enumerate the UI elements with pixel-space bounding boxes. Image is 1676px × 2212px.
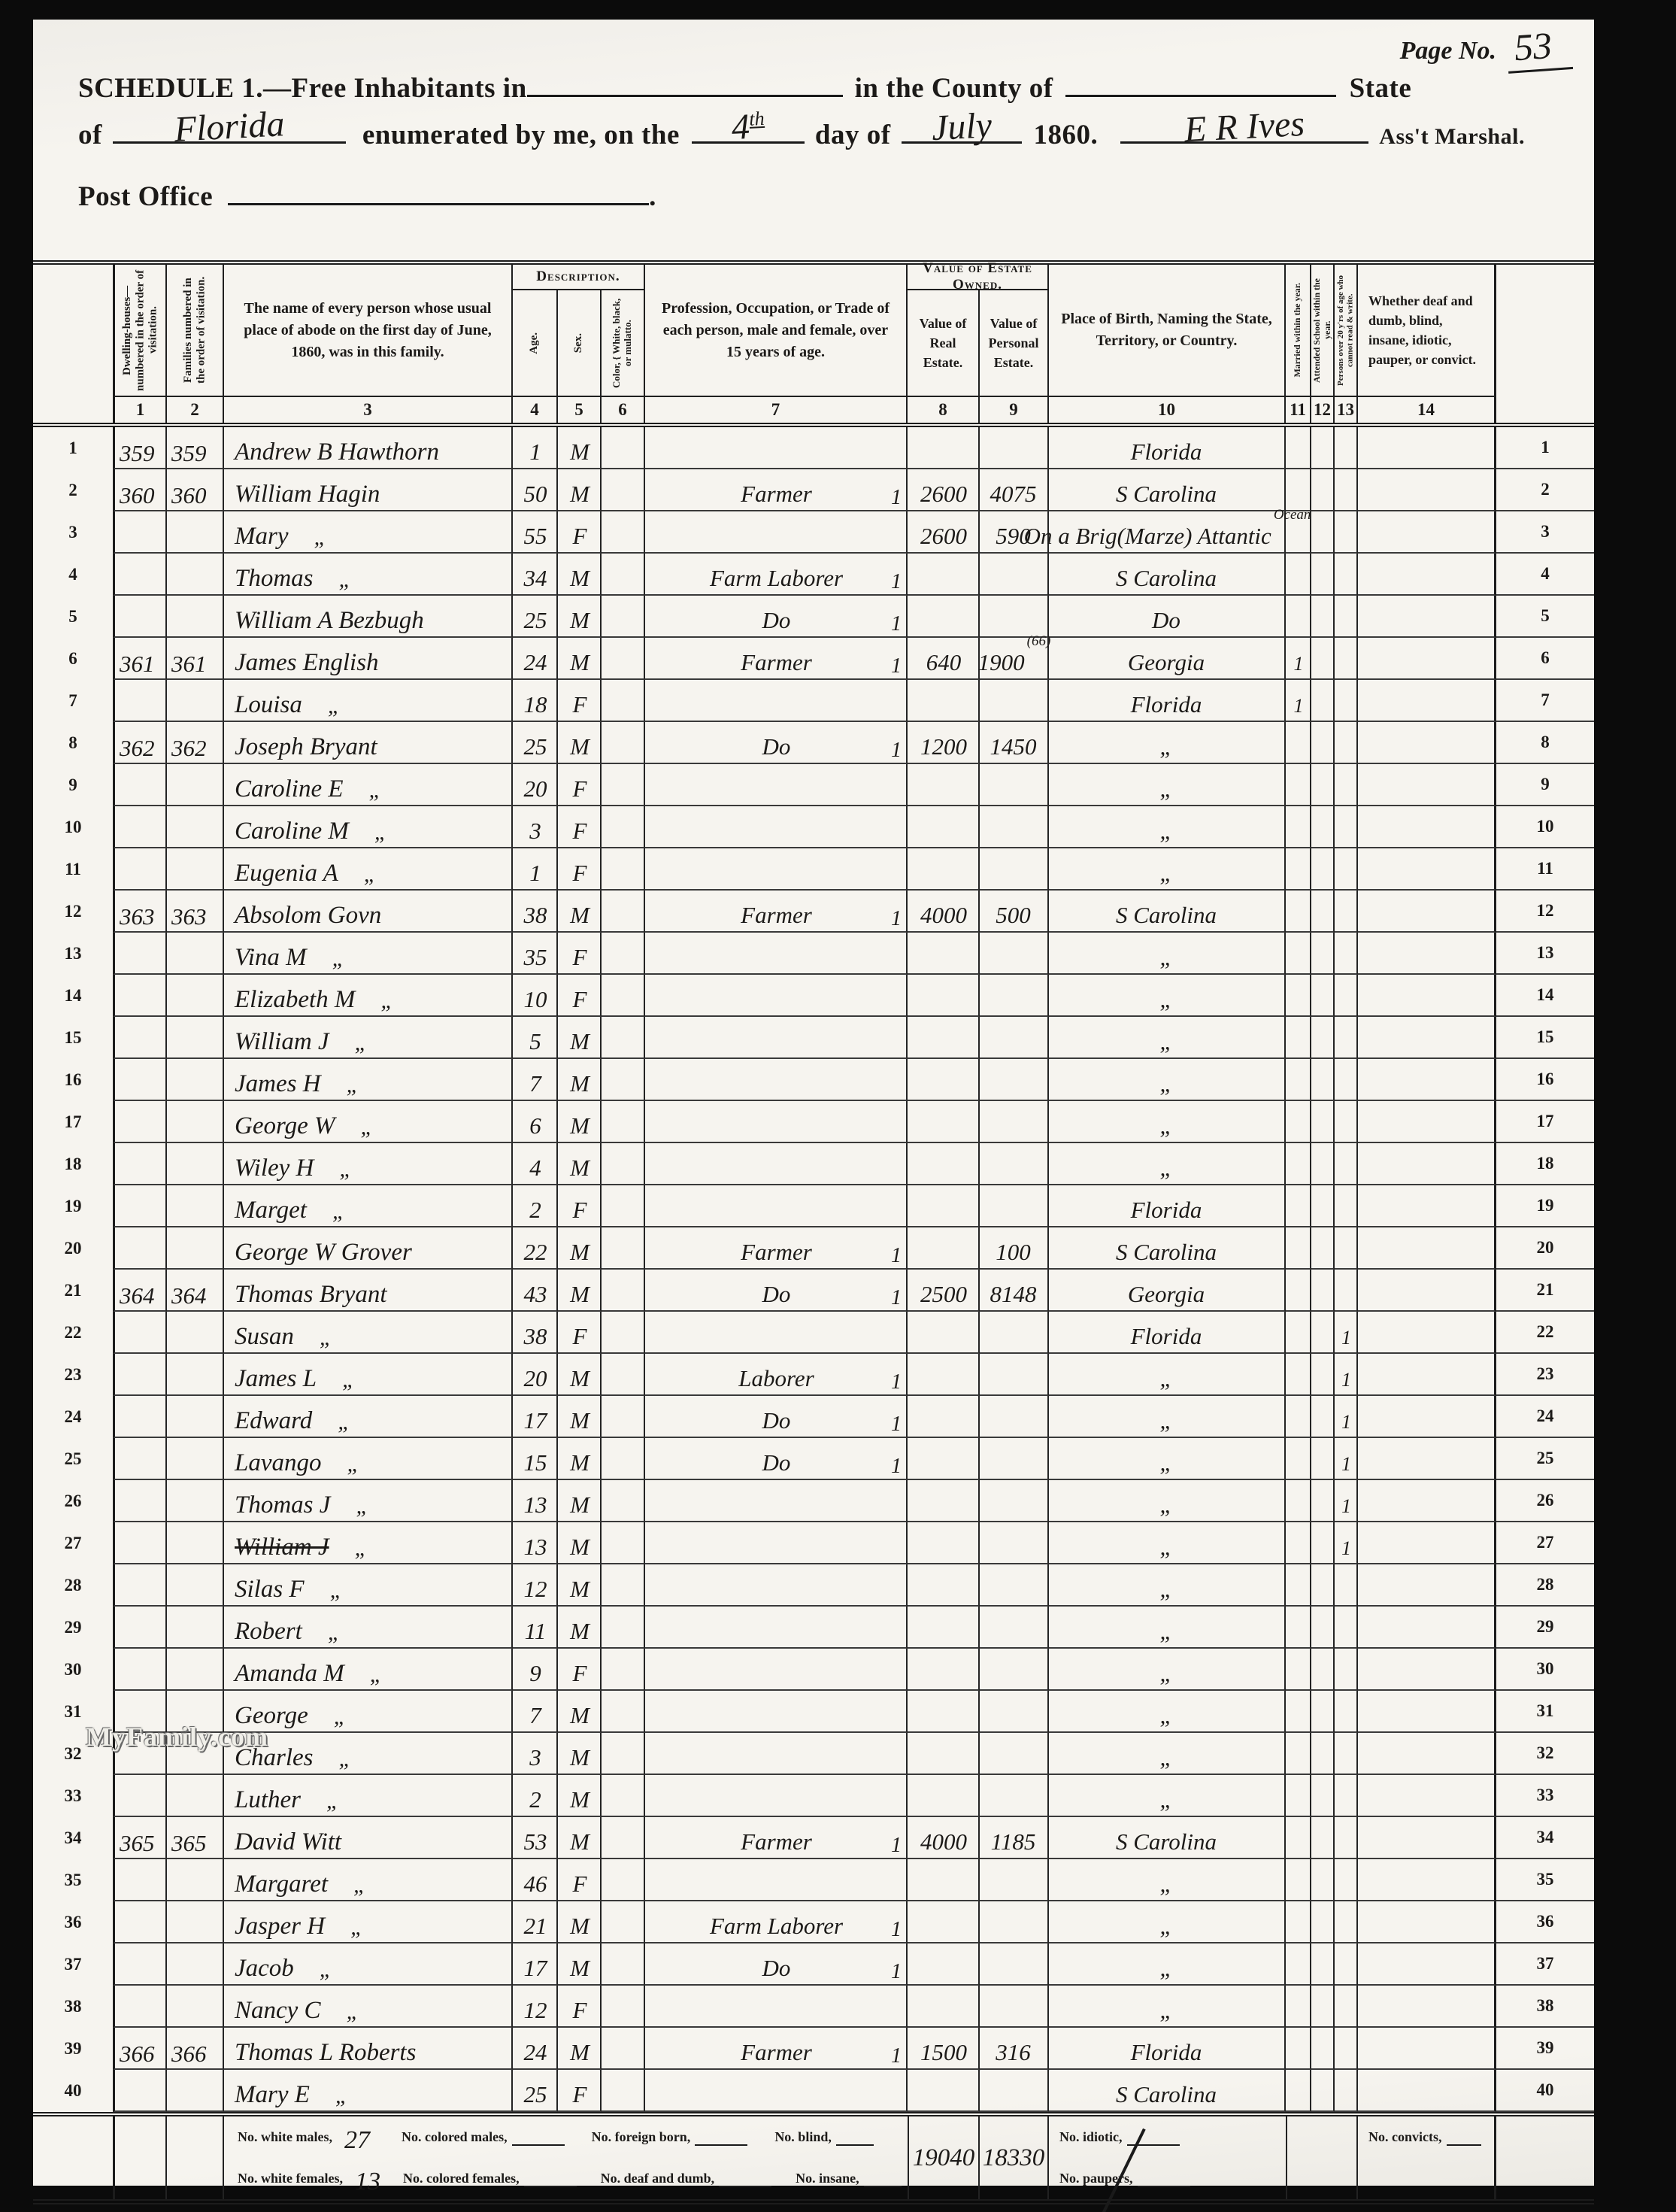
family-number [167,975,224,1017]
married-within-year-mark [1286,848,1311,891]
sex-value: F [558,764,602,806]
married-within-year-mark [1286,596,1311,638]
col-real-estate-header: Value of Real Estate. [908,290,980,396]
right-line-number: 16 [1496,1059,1594,1101]
left-line-number: 12 [33,891,113,933]
col-remarks-header: Whether deaf and dumb, blind, insane, id… [1358,265,1496,396]
person-name: Luther„ [224,1775,513,1817]
left-line-number: 24 [33,1396,113,1438]
dwelling-number [113,1480,167,1522]
real-estate-value [908,1649,980,1691]
sex-value: M [558,1143,602,1185]
dwelling-number [113,975,167,1017]
person-name: Amanda M„ [224,1649,513,1691]
color-value [602,806,645,848]
table-row: 39 366 366 Thomas L Roberts 24 M Farmer1… [33,2028,1594,2070]
birthplace-value: „ [1049,848,1286,891]
personal-estate-value: 316 [980,2028,1049,2070]
birthplace-value: „ [1049,1101,1286,1143]
family-number [167,933,224,975]
married-within-year-mark [1286,764,1311,806]
occupation-value [645,511,908,554]
right-line-number: 29 [1496,1607,1594,1649]
left-line-number: 37 [33,1943,113,1986]
dwelling-number: 361 [113,638,167,680]
birthplace-value: „ [1049,1438,1286,1480]
convicts-line: No. convicts, [1358,2116,1496,2158]
age-value: 12 [513,1986,558,2028]
attended-school-mark [1311,1480,1335,1522]
birthplace-value: „ [1049,1649,1286,1691]
left-line-number: 20 [33,1227,113,1270]
attended-school-mark [1311,680,1335,722]
occupation-value [645,427,908,469]
cannot-read-write-mark [1335,596,1358,638]
dwelling-number: 364 [113,1270,167,1312]
remarks-value [1358,596,1496,638]
age-value: 25 [513,596,558,638]
family-number [167,848,224,891]
dwelling-number [113,511,167,554]
footer-tally-line-1: No. white males, 27 No. colored males, N… [224,2116,908,2158]
table-row: 15 William J„ 5 M „ 15 [33,1017,1594,1059]
dwelling-number [113,1227,167,1270]
cannot-read-write-mark [1335,891,1358,933]
right-line-number: 37 [1496,1943,1594,1986]
dwelling-number [113,1775,167,1817]
remarks-value [1358,680,1496,722]
attended-school-mark [1311,891,1335,933]
person-name: Caroline M„ [224,806,513,848]
sex-value: M [558,1607,602,1649]
table-row: 10 Caroline M„ 3 F „ 10 [33,806,1594,848]
attended-school-mark [1311,554,1335,596]
marshal-label: Ass't Marshal. [1379,124,1525,150]
real-estate-value [908,1564,980,1607]
dwelling-number [113,1312,167,1354]
sex-value: F [558,680,602,722]
cannot-read-write-mark [1335,806,1358,848]
occupation-value: Farm Laborer1 [645,554,908,596]
color-value [602,1354,645,1396]
cannot-read-write-mark [1335,554,1358,596]
occupation-value: Do1 [645,722,908,764]
left-line-number: 11 [33,848,113,891]
sex-value: M [558,554,602,596]
personal-estate-value: 1900(66) [980,638,1049,680]
occupation-value [645,1733,908,1775]
birthplace-value: „ [1049,806,1286,848]
sex-value: F [558,933,602,975]
attended-school-mark [1311,1733,1335,1775]
birthplace-value: „ [1049,1775,1286,1817]
remarks-value [1358,891,1496,933]
personal-estate-value [980,1017,1049,1059]
right-line-number: 17 [1496,1101,1594,1143]
age-value: 21 [513,1901,558,1943]
table-row: 2 360 360 William Hagin 50 M Farmer1 260… [33,469,1594,511]
colored-females-label: No. colored females, [403,2171,520,2186]
personal-estate-value [980,1564,1049,1607]
person-name: Mary„ [224,511,513,554]
age-value: 7 [513,1059,558,1101]
birthplace-value: „ [1049,1691,1286,1733]
right-line-number: 30 [1496,1649,1594,1691]
occupation-value [645,1691,908,1733]
color-value [602,1943,645,1986]
age-value: 13 [513,1522,558,1564]
person-name: Jacob„ [224,1943,513,1986]
col-number-10: 10 [1049,396,1286,423]
col-number-7: 7 [645,396,908,423]
cannot-read-write-mark [1335,638,1358,680]
col-number-14: 14 [1358,396,1496,423]
real-estate-value [908,1859,980,1901]
age-value: 9 [513,1649,558,1691]
real-estate-value: 1500 [908,2028,980,2070]
family-number [167,1312,224,1354]
right-line-number: 27 [1496,1522,1594,1564]
sex-value: M [558,1438,602,1480]
birthplace-value: „ [1049,1901,1286,1943]
footer-tally-line-2: No. white females, 13 No. colored female… [224,2158,908,2199]
cannot-read-write-mark: 1 [1335,1396,1358,1438]
remarks-value [1358,554,1496,596]
remarks-value [1358,764,1496,806]
day-of-label: day of [815,119,891,151]
col-number-8: 8 [908,396,980,423]
cannot-read-write-mark [1335,1185,1358,1227]
married-within-year-mark [1286,1859,1311,1901]
person-name: George W Grover [224,1227,513,1270]
real-estate-value [908,680,980,722]
color-value [602,1733,645,1775]
age-value: 20 [513,764,558,806]
age-value: 4 [513,1143,558,1185]
remarks-value [1358,469,1496,511]
page-no-label: Page No. [1400,37,1496,65]
real-estate-value [908,1480,980,1522]
personal-estate-value [980,1396,1049,1438]
married-within-year-mark [1286,1775,1311,1817]
personal-estate-value [980,1649,1049,1691]
occupation-value: Do1 [645,1943,908,1986]
dwelling-number [113,1522,167,1564]
attended-school-mark [1311,1059,1335,1101]
right-line-number: 34 [1496,1817,1594,1859]
dwelling-number [113,1185,167,1227]
dwelling-number: 362 [113,722,167,764]
col-school-header: Attended School within the year. [1311,265,1335,396]
sex-value: F [558,975,602,1017]
left-line-number: 38 [33,1986,113,2028]
person-name: Vina M„ [224,933,513,975]
census-table-body: 1 359 359 Andrew B Hawthorn 1 M Florida … [33,427,1594,2112]
sex-value: F [558,1859,602,1901]
age-value: 46 [513,1859,558,1901]
personal-estate-value [980,1143,1049,1185]
married-within-year-mark [1286,1607,1311,1649]
color-value [602,2070,645,2112]
right-line-number: 12 [1496,891,1594,933]
color-value [602,1185,645,1227]
dwelling-number [113,806,167,848]
left-line-number: 27 [33,1522,113,1564]
district-blank [527,69,843,97]
person-name: James English [224,638,513,680]
age-value: 25 [513,722,558,764]
occupation-value: Do1 [645,1438,908,1480]
married-within-year-mark [1286,511,1311,554]
white-males-label: No. white males, [238,2129,332,2145]
attended-school-mark [1311,1185,1335,1227]
real-estate-value [908,1143,980,1185]
color-value [602,1649,645,1691]
col-families-header: Families numbered in the order of visita… [167,265,224,396]
age-value: 24 [513,638,558,680]
month-blank: July [902,116,1022,144]
person-name: Thomas„ [224,554,513,596]
table-row: 5 William A Bezbugh 25 M Do1 Do 5 [33,596,1594,638]
personal-estate-value [980,806,1049,848]
col-color-header: Color, { White, black, or mulatto. [602,290,645,396]
footer-marks-cell [1286,2116,1358,2199]
remarks-value [1358,1986,1496,2028]
real-estate-value [908,1901,980,1943]
birthplace-value: S Carolina [1049,469,1286,511]
right-line-number: 25 [1496,1438,1594,1480]
table-footer: No. white males, 27 No. colored males, N… [33,2112,1594,2204]
occupation-value [645,1859,908,1901]
insane-label: No. insane, [796,2171,859,2186]
married-within-year-mark [1286,1986,1311,2028]
remarks-value [1358,1354,1496,1396]
real-estate-value [908,1059,980,1101]
left-line-number: 26 [33,1480,113,1522]
married-within-year-mark [1286,1438,1311,1480]
birthplace-value: „ [1049,933,1286,975]
left-line-number: 15 [33,1017,113,1059]
dwelling-number [113,933,167,975]
left-line-number: 33 [33,1775,113,1817]
idiotic-line: No. idiotic, [1049,2116,1286,2158]
col-name-header: The name of every person whose usual pla… [224,265,513,396]
right-margin-spacer [1496,265,1594,423]
table-row: 8 362 362 Joseph Bryant 25 M Do1 1200 14… [33,722,1594,764]
county-blank [1065,69,1336,97]
cannot-read-write-mark [1335,1986,1358,2028]
person-name: Marget„ [224,1185,513,1227]
personal-estate-value [980,1859,1049,1901]
sex-value: M [558,2028,602,2070]
real-estate-value [908,1185,980,1227]
age-value: 25 [513,2070,558,2112]
dwelling-number: 360 [113,469,167,511]
age-value: 5 [513,1017,558,1059]
color-value [602,1480,645,1522]
person-name: Elizabeth M„ [224,975,513,1017]
right-line-number: 1 [1496,427,1594,469]
col-birthplace-header: Place of Birth, Naming the State, Territ… [1049,265,1286,396]
sex-value: M [558,638,602,680]
real-estate-value [908,1691,980,1733]
table-row: 7 Louisa„ 18 F Florida 1 7 [33,680,1594,722]
attended-school-mark [1311,1354,1335,1396]
real-estate-value [908,1943,980,1986]
left-line-number: 3 [33,511,113,554]
col-number-12: 12 [1311,396,1335,423]
right-line-number: 8 [1496,722,1594,764]
cannot-read-write-mark: 1 [1335,1312,1358,1354]
dwelling-number [113,1649,167,1691]
family-number: 364 [167,1270,224,1312]
left-line-number: 36 [33,1901,113,1943]
real-estate-value [908,1775,980,1817]
attended-school-mark [1311,469,1335,511]
occupation-value [645,933,908,975]
color-value [602,1312,645,1354]
col-number-13: 13 [1335,396,1358,423]
left-line-number: 35 [33,1859,113,1901]
occupation-value [645,1312,908,1354]
right-line-number: 5 [1496,596,1594,638]
dwelling-number [113,1101,167,1143]
sex-value: M [558,1817,602,1859]
table-row: 35 Margaret„ 46 F „ 35 [33,1859,1594,1901]
white-females-count: 13 [355,2168,380,2196]
attended-school-mark [1311,1017,1335,1059]
real-estate-value [908,806,980,848]
age-value: 35 [513,933,558,975]
col-sex-header: Sex. [558,290,602,396]
left-line-number: 2 [33,469,113,511]
occupation-value: Do1 [645,1396,908,1438]
paupers-line: No. paupers, [1049,2158,1286,2199]
family-number [167,1143,224,1185]
occupation-value [645,1649,908,1691]
right-line-number: 36 [1496,1901,1594,1943]
occupation-value: Farm Laborer1 [645,1901,908,1943]
left-line-number: 14 [33,975,113,1017]
birthplace-value: „ [1049,1986,1286,2028]
left-line-number: 5 [33,596,113,638]
sex-value: M [558,1522,602,1564]
table-row: 18 Wiley H„ 4 M „ 18 [33,1143,1594,1185]
attended-school-mark [1311,2070,1335,2112]
person-name: Lavango„ [224,1438,513,1480]
real-estate-value: 1200 [908,722,980,764]
left-line-number: 22 [33,1312,113,1354]
family-number [167,554,224,596]
married-within-year-mark [1286,1649,1311,1691]
attended-school-mark [1311,427,1335,469]
dwelling-number [113,1943,167,1986]
color-value [602,1817,645,1859]
left-line-number: 16 [33,1059,113,1101]
cannot-read-write-mark [1335,2028,1358,2070]
attended-school-mark [1311,1227,1335,1270]
table-row: 21 364 364 Thomas Bryant 43 M Do1 2500 8… [33,1270,1594,1312]
footer-left-margin [33,2116,113,2199]
idiotic-label: No. idiotic, [1059,2129,1123,2145]
cannot-read-write-mark: 1 [1335,1354,1358,1396]
right-line-number: 4 [1496,554,1594,596]
family-number [167,1059,224,1101]
personal-estate-value [980,596,1049,638]
cannot-read-write-mark: 1 [1335,1480,1358,1522]
sex-value: F [558,511,602,554]
occupation-value [645,848,908,891]
birthplace-value: S Carolina [1049,1817,1286,1859]
birthplace-value: „ [1049,1143,1286,1185]
real-estate-value [908,1354,980,1396]
birthplace-value: „ [1049,1564,1286,1607]
person-name: Caroline E„ [224,764,513,806]
age-value: 38 [513,1312,558,1354]
real-estate-value [908,848,980,891]
personal-estate-value [980,933,1049,975]
table-row: 16 James H„ 7 M „ 16 [33,1059,1594,1101]
family-number [167,1017,224,1059]
attended-school-mark [1311,933,1335,975]
married-within-year-mark [1286,1901,1311,1943]
birthplace-value: Florida [1049,1185,1286,1227]
left-line-number: 8 [33,722,113,764]
left-line-number: 9 [33,764,113,806]
age-value: 10 [513,975,558,1017]
cannot-read-write-mark [1335,1901,1358,1943]
real-estate-value [908,2070,980,2112]
col-profession-header: Profession, Occupation, or Trade of each… [645,265,908,396]
person-name: Absolom Govn [224,891,513,933]
occupation-value: Farmer1 [645,891,908,933]
occupation-value [645,1564,908,1607]
family-number [167,806,224,848]
col-number-5: 5 [558,396,602,423]
cannot-read-write-mark [1335,680,1358,722]
description-group-header: Description. [513,265,645,290]
sex-value: M [558,1733,602,1775]
birthplace-value: „ [1049,1059,1286,1101]
marshal-signature: E R Ives [1184,103,1306,150]
cannot-read-write-mark [1335,469,1358,511]
birthplace-value: „ [1049,1017,1286,1059]
family-number [167,1901,224,1943]
state-handwritten: Florida [173,103,285,150]
table-row: 1 359 359 Andrew B Hawthorn 1 M Florida … [33,427,1594,469]
attended-school-mark [1311,806,1335,848]
occupation-value [645,1143,908,1185]
attended-school-mark [1311,764,1335,806]
age-value: 7 [513,1691,558,1733]
occupation-value [645,1986,908,2028]
cannot-read-write-mark [1335,1101,1358,1143]
left-line-number: 17 [33,1101,113,1143]
color-value [602,680,645,722]
real-estate-value [908,1986,980,2028]
family-number [167,1522,224,1564]
cannot-read-write-mark [1335,2070,1358,2112]
attended-school-mark [1311,722,1335,764]
right-line-number: 3 [1496,511,1594,554]
occupation-value [645,2070,908,2112]
color-value [602,2028,645,2070]
married-within-year-mark [1286,554,1311,596]
col-personal-estate-header: Value of Personal Estate. [980,290,1049,396]
cannot-read-write-mark: 1 [1335,1438,1358,1480]
remarks-value [1358,1396,1496,1438]
personal-estate-value [980,1059,1049,1101]
